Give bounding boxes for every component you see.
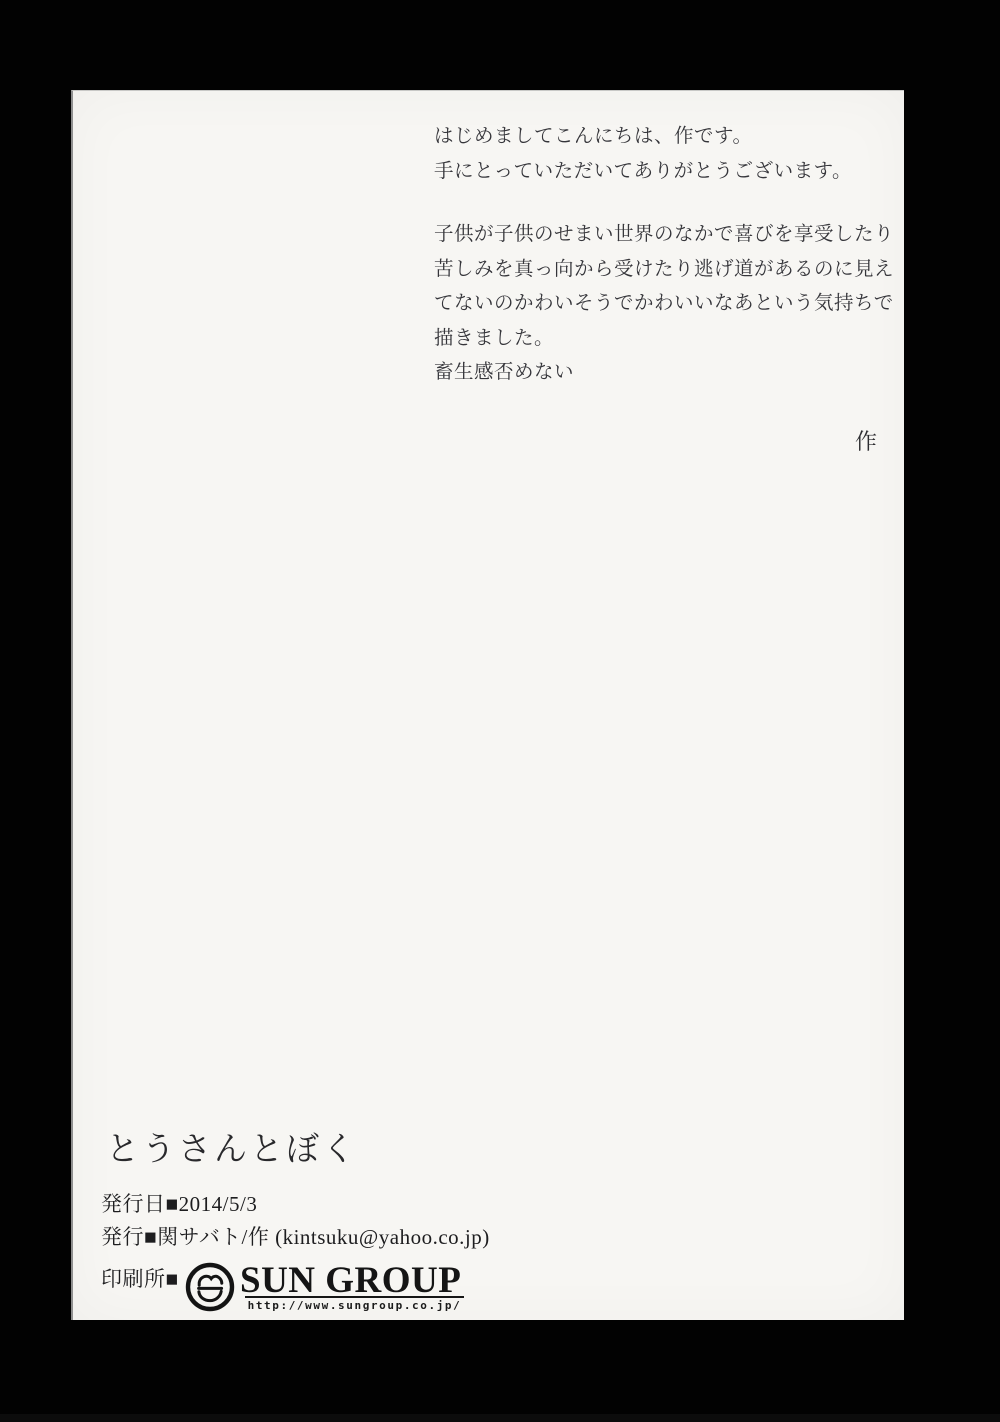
- afterword-line: 畜生感否めない: [434, 355, 894, 390]
- afterword-line: 子供が子供のせまい世界のなかで喜びを享受したり: [434, 217, 894, 252]
- scan-artifact-strip: [0, 1414, 1000, 1422]
- paper-page: はじめましてこんにちは、作です。 手にとっていただいてありがとうございます。 子…: [71, 90, 904, 1320]
- afterword-line: はじめましてこんにちは、作です。: [434, 119, 852, 154]
- afterword-line: 苦しみを真っ向から受けたり逃げ道があるのに見え: [434, 252, 894, 287]
- printer-label: 印刷所■: [101, 1263, 179, 1293]
- afterword-line: 描きました。: [434, 321, 894, 356]
- publisher-line: 発行■関サバト/作 (kintsuku@yahoo.co.jp): [101, 1221, 490, 1251]
- sun-group-logo-icon: [184, 1260, 236, 1314]
- scan-background: はじめましてこんにちは、作です。 手にとっていただいてありがとうございます。 子…: [0, 0, 1000, 1422]
- issue-date-line: 発行日■2014/5/3: [101, 1188, 257, 1218]
- printer-url: http://www.sungroup.co.jp/: [245, 1296, 464, 1312]
- doujin-title: とうさんとぼく: [106, 1123, 358, 1170]
- author-signature: 作: [855, 425, 877, 456]
- afterword-comment-block: 子供が子供のせまい世界のなかで喜びを享受したり 苦しみを真っ向から受けたり逃げ道…: [434, 217, 894, 390]
- afterword-greeting-block: はじめましてこんにちは、作です。 手にとっていただいてありがとうございます。: [434, 119, 852, 188]
- afterword-line: てないのかわいそうでかわいいなあという気持ちで: [434, 286, 894, 321]
- afterword-line: 手にとっていただいてありがとうございます。: [434, 154, 852, 189]
